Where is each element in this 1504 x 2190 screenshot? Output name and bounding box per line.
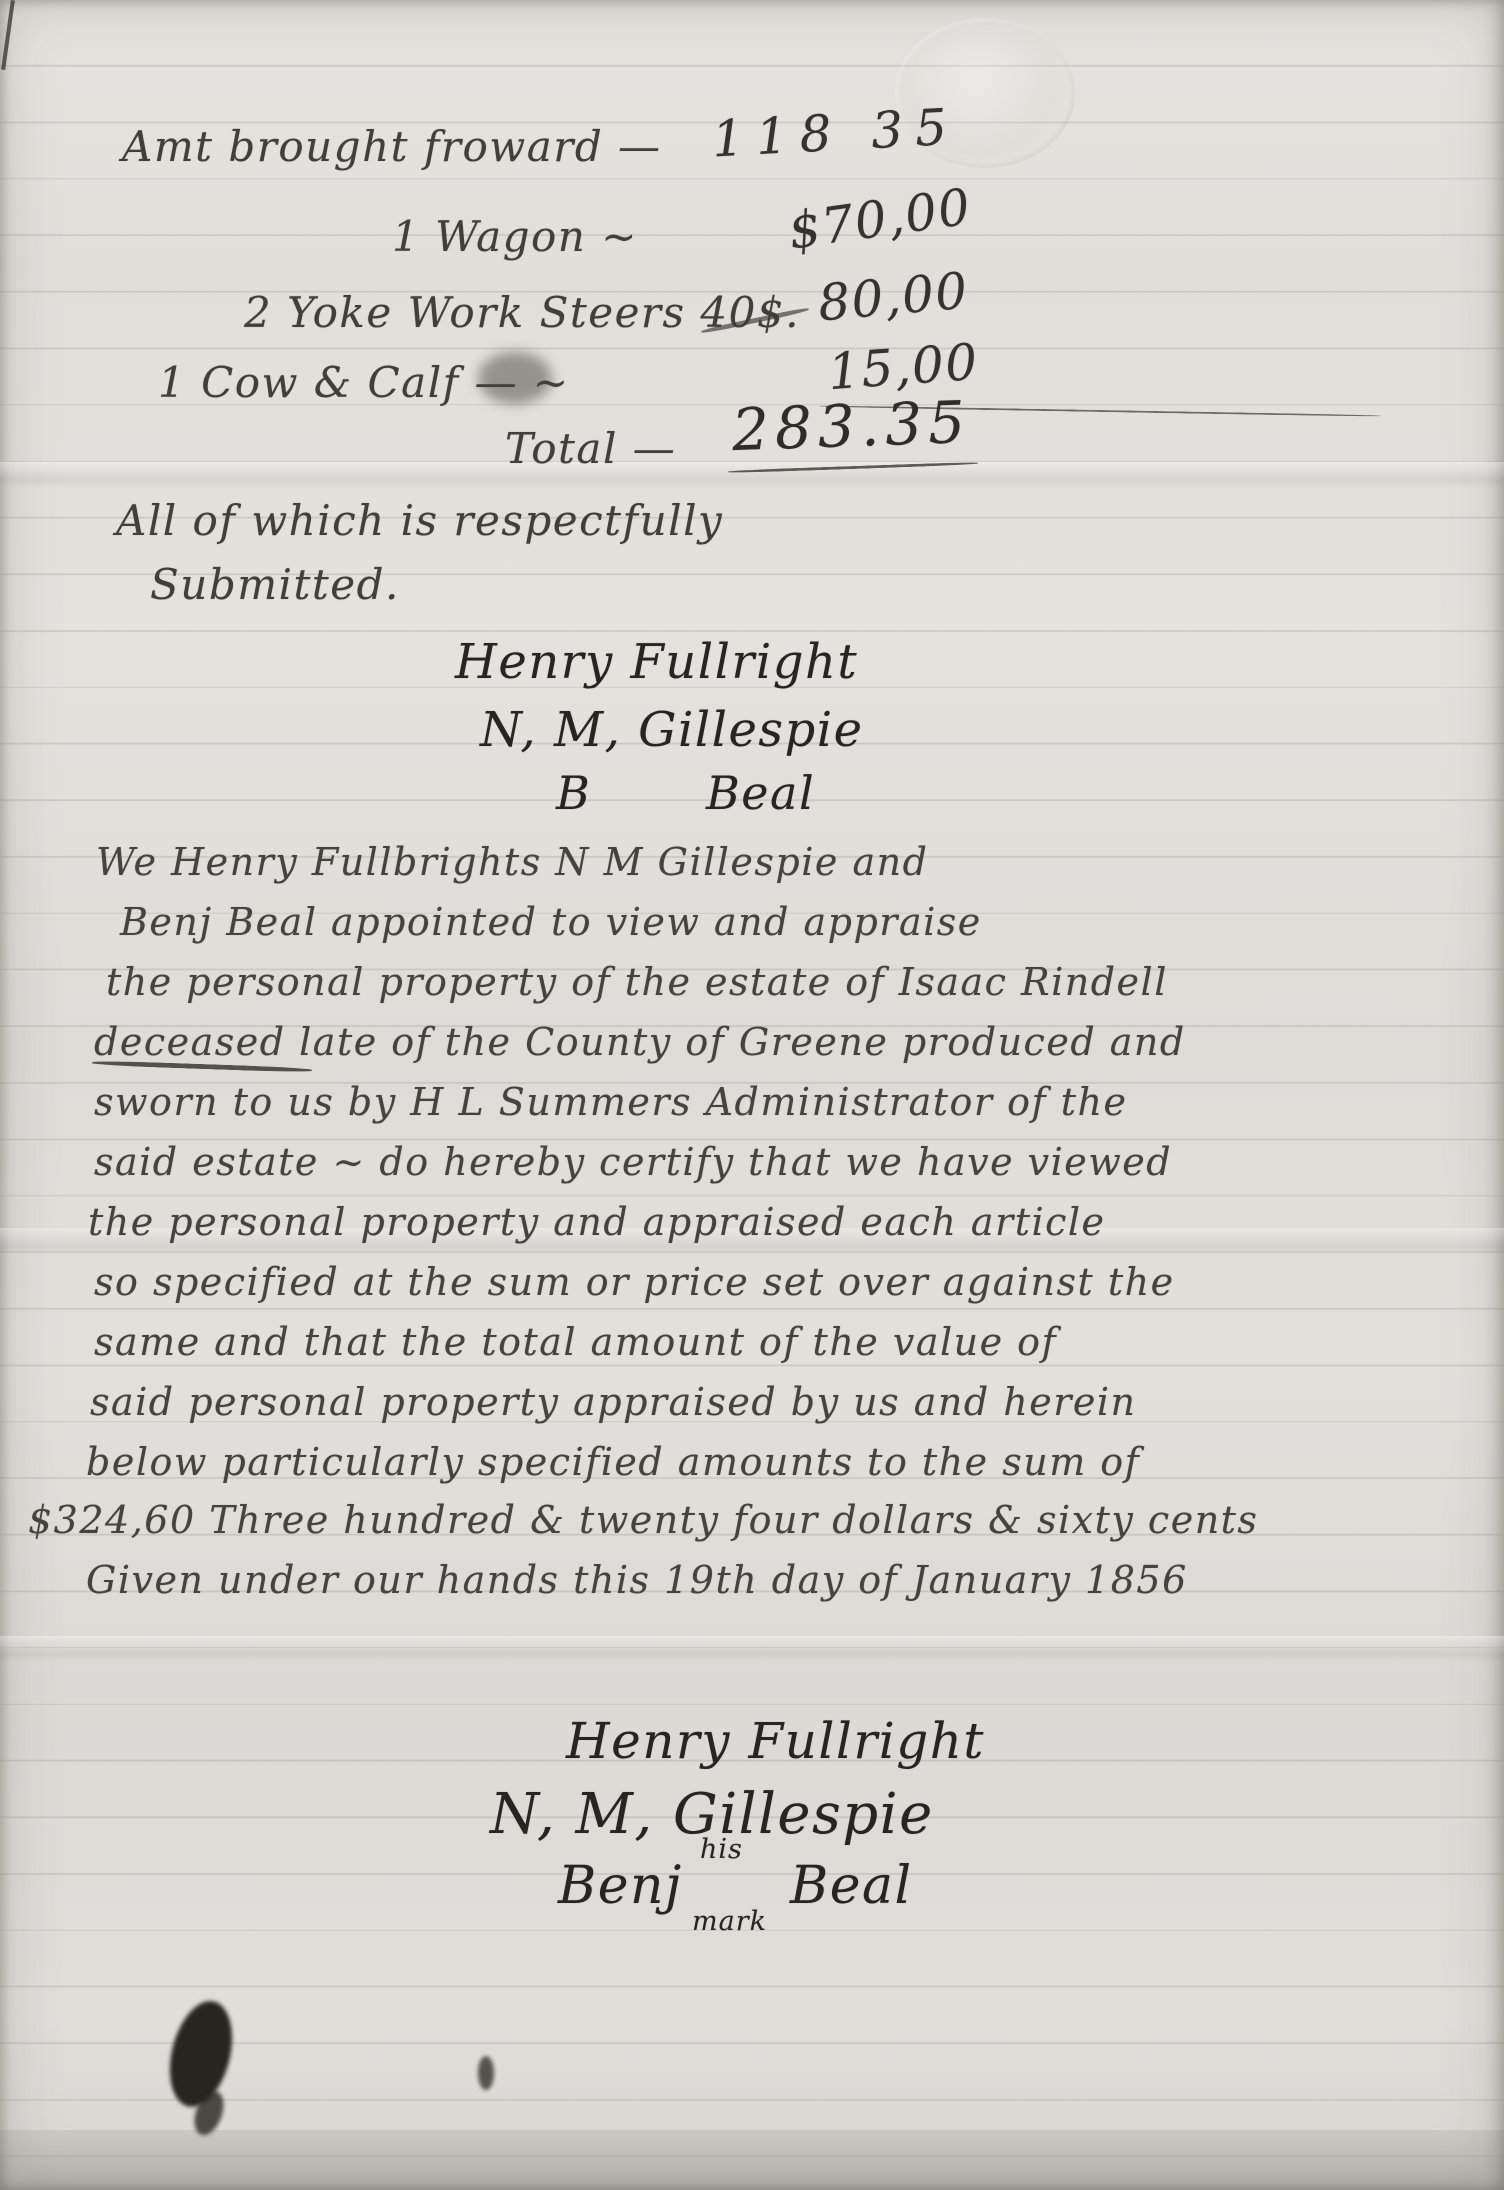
body-line: said personal property appraised by us a… (90, 1380, 1136, 1424)
fold-crease (0, 462, 1504, 488)
fold-crease (0, 2130, 1504, 2190)
body-line: the personal property and appraised each… (88, 1200, 1106, 1244)
ledger-item: Total — (505, 424, 676, 473)
document-page: Amt brought froward — 118 35 1 Wagon ~ $… (0, 0, 1504, 2190)
body-line: We Henry Fullbrights N M Gillespie and (96, 840, 928, 884)
signature-beal-surname: Beal (790, 1856, 913, 1916)
signature-mark-label: mark (692, 1906, 767, 1937)
body-line: the personal property of the estate of I… (106, 960, 1168, 1004)
closing-line: Submitted. (150, 560, 400, 609)
fold-crease (0, 1636, 1504, 1662)
ledger-item: Amt brought froward — (122, 122, 662, 171)
body-line: so specified at the sum or price set ove… (94, 1260, 1175, 1304)
body-line: same and that the total amount of the va… (94, 1320, 1057, 1364)
signature-his-label: his (700, 1834, 743, 1865)
body-line: said estate ~ do hereby certify that we … (94, 1140, 1172, 1184)
ledger-item: 1 Wagon ~ (392, 212, 638, 261)
signature-henry-fullright: Henry Fullright (566, 1712, 985, 1770)
signature-beal-given: Benj (558, 1856, 683, 1916)
body-line: Benj Beal appointed to view and appraise (120, 900, 982, 944)
ledger-item: 1 Cow & Calf — ~ (158, 358, 570, 407)
signature-beal-surname: Beal (706, 766, 815, 820)
body-line: deceased late of the County of Greene pr… (94, 1020, 1186, 1064)
closing-line: All of which is respectfully (116, 496, 723, 545)
body-line: sworn to us by H L Summers Administrator… (94, 1080, 1127, 1124)
body-line: Given under our hands this 19th day of J… (86, 1558, 1188, 1602)
signature-beal-initial: B (556, 766, 591, 820)
signature-nm-gillespie: N, M, Gillespie (480, 702, 864, 758)
ledger-total-amount: 283.35 (731, 388, 972, 464)
body-line: $324,60 Three hundred & twenty four doll… (28, 1498, 1258, 1542)
body-line: below particularly specified amounts to … (86, 1440, 1140, 1484)
signature-henry-fullright: Henry Fullright (455, 634, 858, 690)
ink-blot (478, 2056, 494, 2090)
